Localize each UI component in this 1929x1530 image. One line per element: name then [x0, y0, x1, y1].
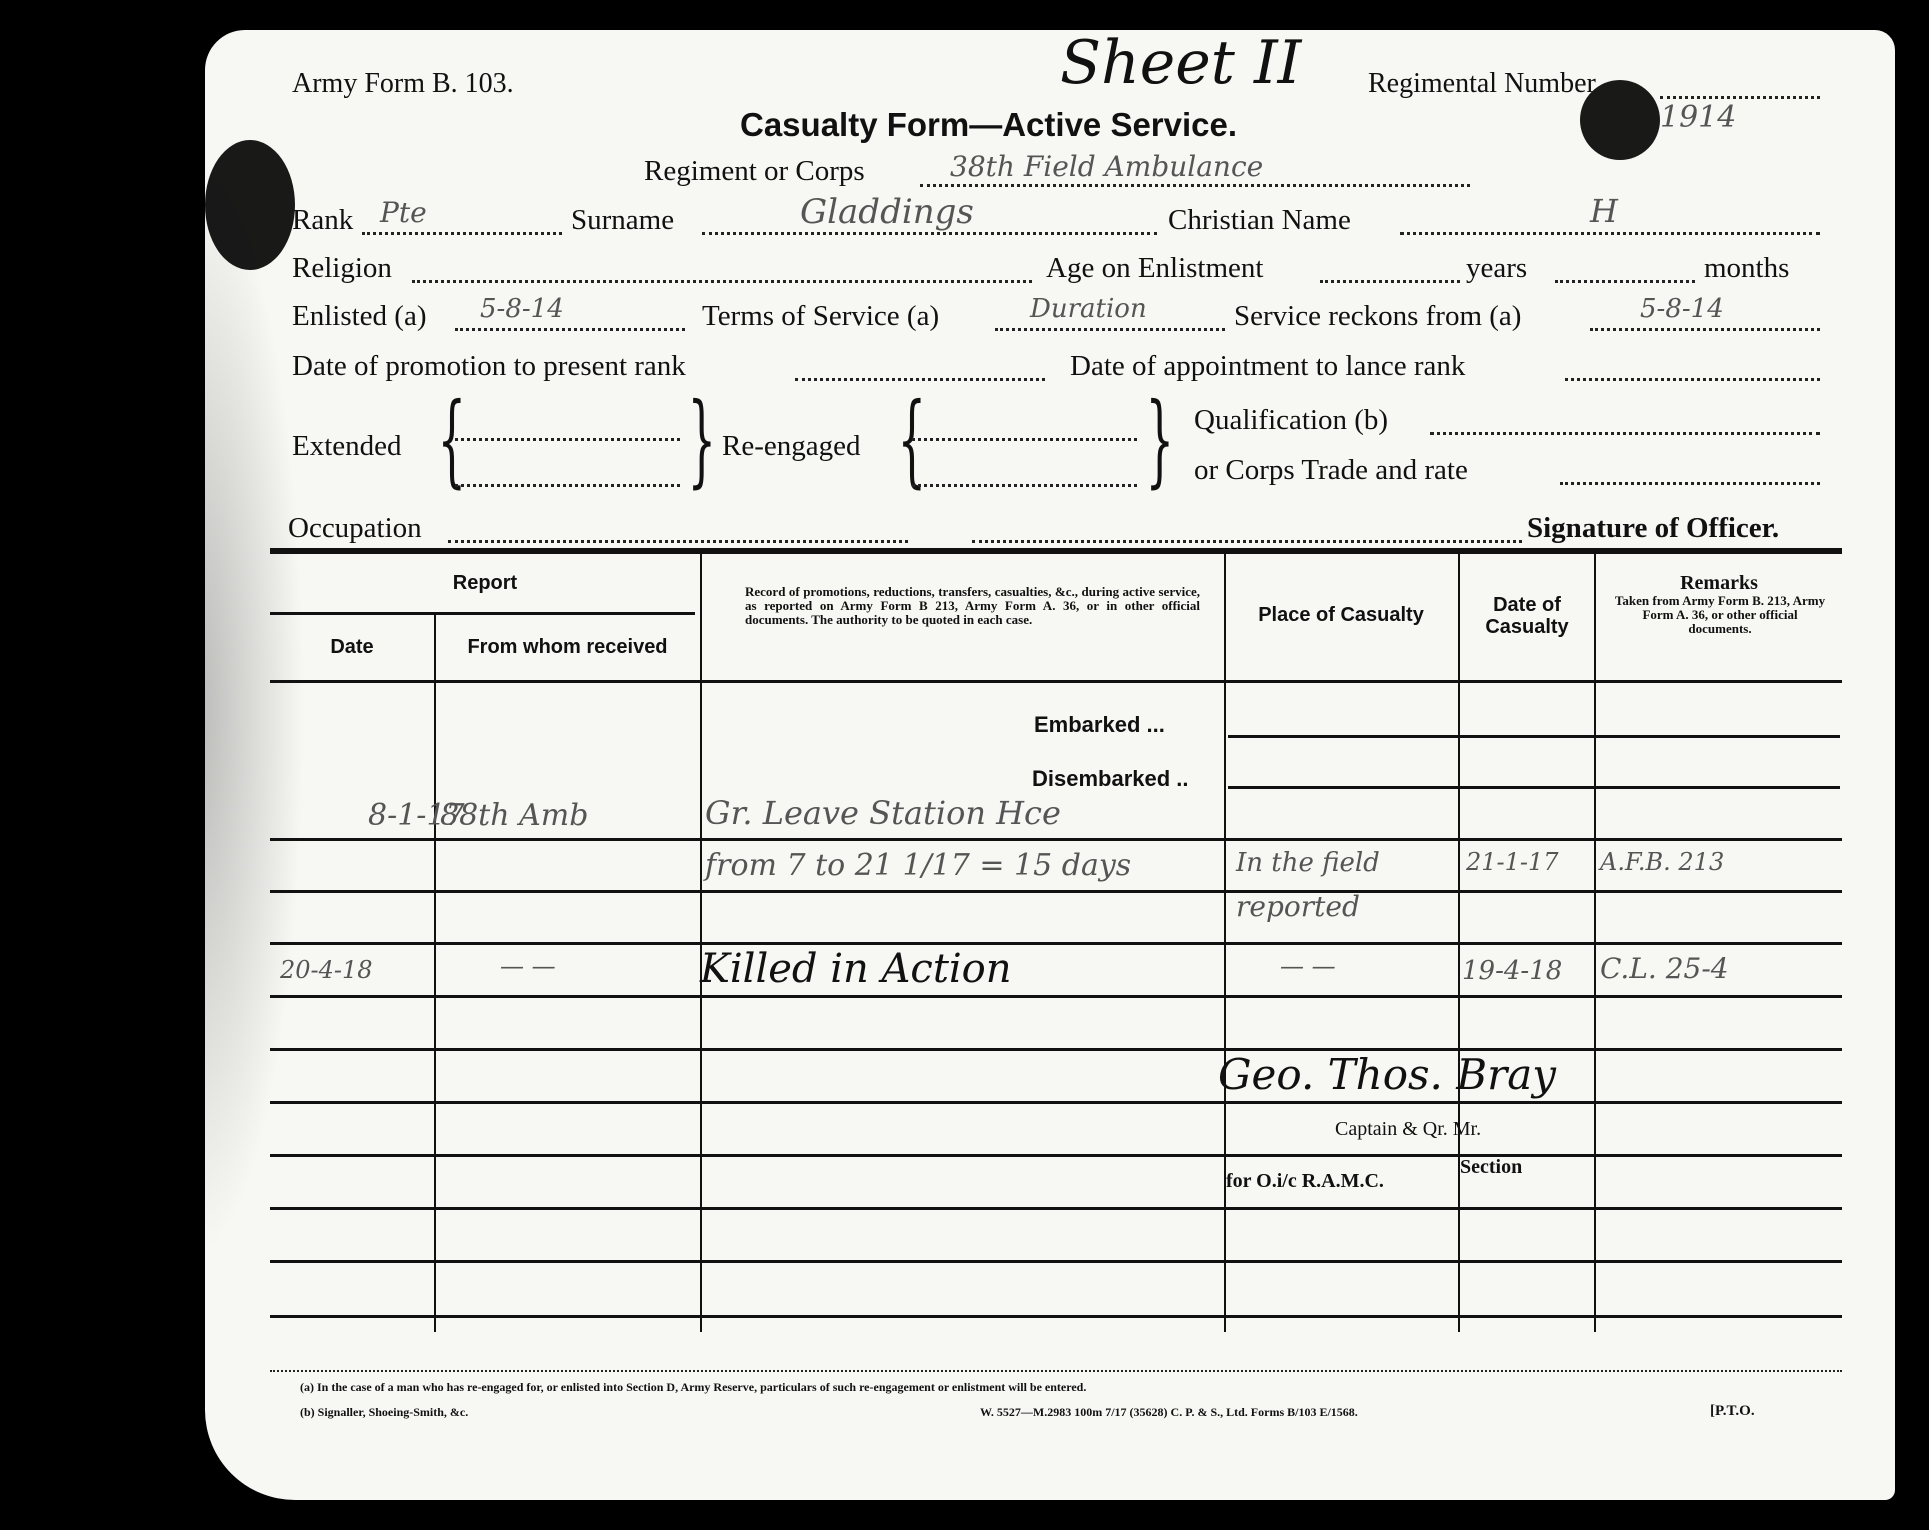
header-date-of-casualty-2: Casualty — [1462, 616, 1592, 639]
form-paper — [205, 30, 1895, 1500]
row1-from: 88th Amb — [440, 798, 588, 833]
disembarked-label: Disembarked .. — [1032, 766, 1189, 792]
row-rule — [270, 1048, 1842, 1051]
row-rule — [270, 890, 1842, 893]
brace-close: } — [687, 400, 716, 480]
signature-field[interactable] — [972, 540, 1522, 543]
row2-date-casualty: 21-1-17 — [1466, 848, 1559, 876]
qualification-field[interactable] — [1430, 432, 1820, 435]
form-title: Casualty Form—Active Service. — [740, 106, 1237, 144]
row4-from: — — — [500, 952, 556, 980]
rank-value: Pte — [380, 196, 427, 229]
occupation-field[interactable] — [448, 540, 908, 543]
extended-field-1[interactable] — [455, 438, 680, 441]
row-rule — [270, 1154, 1842, 1157]
christian-name-label: Christian Name — [1168, 204, 1351, 237]
row-rule — [270, 1315, 1842, 1318]
age-label: Age on Enlistment — [1046, 252, 1263, 285]
christian-name-field[interactable] — [1400, 232, 1820, 235]
reckons-label: Service reckons from (a) — [1234, 300, 1521, 333]
lance-label: Date of appointment to lance rank — [1070, 350, 1465, 383]
sheet-annotation: Sheet II — [1060, 28, 1301, 98]
column-divider — [434, 612, 436, 1332]
footnote-b: (b) Signaller, Shoeing-Smith, &c. — [300, 1405, 468, 1420]
terms-field[interactable] — [995, 328, 1225, 331]
reckons-field[interactable] — [1590, 328, 1820, 331]
occupation-label: Occupation — [288, 512, 422, 545]
report-subheader-rule — [270, 612, 695, 615]
row3-place: reported — [1236, 890, 1360, 923]
signature-title: Captain & Qr. Mr. — [1335, 1118, 1481, 1141]
header-remarks-sub: Taken from Army Form B. 213, Army Form A… — [1610, 594, 1830, 636]
reengaged-field-2[interactable] — [912, 484, 1137, 487]
header-date: Date — [270, 636, 434, 659]
form-number: Army Form B. 103. — [292, 68, 514, 100]
row-rule — [270, 838, 1842, 841]
extended-field-2[interactable] — [455, 484, 680, 487]
years-label: years — [1466, 252, 1527, 285]
regiment-value: 38th Field Ambulance — [950, 150, 1263, 183]
age-years-field[interactable] — [1320, 280, 1460, 283]
signature-section: Section — [1460, 1156, 1522, 1179]
reckons-value: 5-8-14 — [1640, 294, 1724, 324]
embarked-label: Embarked ... — [1034, 712, 1165, 738]
regimental-number-field[interactable] — [1660, 96, 1820, 99]
lance-field[interactable] — [1565, 378, 1820, 381]
enlisted-value: 5-8-14 — [480, 294, 564, 324]
year-annotation: 1914 — [1660, 100, 1736, 135]
trade-field[interactable] — [1560, 482, 1820, 485]
row-rule — [270, 1207, 1842, 1210]
promotion-label: Date of promotion to present rank — [292, 350, 686, 383]
religion-label: Religion — [292, 252, 392, 285]
row-rule — [1228, 735, 1840, 738]
row-rule — [1228, 786, 1840, 789]
row1-record: Gr. Leave Station Hce — [705, 794, 1061, 832]
row-rule — [270, 995, 1842, 998]
row4-record: Killed in Action — [700, 946, 1012, 992]
row2-place: In the field — [1236, 848, 1380, 878]
age-months-field[interactable] — [1555, 280, 1695, 283]
reengaged-label: Re-engaged — [722, 430, 861, 463]
terms-label: Terms of Service (a) — [702, 300, 939, 333]
row2-remarks: A.F.B. 213 — [1600, 848, 1724, 876]
religion-field[interactable] — [412, 280, 1032, 283]
header-from-whom: From whom received — [440, 636, 695, 659]
table-bottom-rule — [270, 1370, 1842, 1372]
header-report: Report — [270, 572, 700, 595]
rank-field[interactable] — [362, 232, 562, 235]
qualification-label: Qualification (b) — [1194, 404, 1388, 437]
signature-for: for O.i/c R.A.M.C. — [1226, 1170, 1384, 1193]
surname-value: Gladdings — [800, 192, 974, 232]
row4-remarks: C.L. 25-4 — [1600, 952, 1729, 985]
printer-imprint: W. 5527—M.2983 100m 7/17 (35628) C. P. &… — [980, 1405, 1358, 1420]
extended-label: Extended — [292, 430, 402, 463]
row2-record: from 7 to 21 1/17 = 15 days — [705, 848, 1131, 883]
table-top-rule — [270, 548, 1842, 554]
trade-label: or Corps Trade and rate — [1194, 454, 1468, 487]
months-label: months — [1704, 252, 1789, 285]
ink-stain — [205, 140, 295, 270]
signature-label: Signature of Officer. — [1527, 512, 1779, 545]
row4-place: — — — [1280, 952, 1336, 980]
header-remarks: Remarks — [1598, 572, 1840, 595]
pto-label: [P.T.O. — [1710, 1403, 1755, 1420]
enlisted-field[interactable] — [455, 328, 685, 331]
header-record: Record of promotions, reductions, transf… — [745, 585, 1200, 627]
brace-close: } — [1145, 400, 1174, 480]
footnote-a: (a) In the case of a man who has re-enga… — [300, 1380, 1086, 1395]
rank-label: Rank — [292, 204, 353, 237]
terms-value: Duration — [1030, 294, 1147, 324]
row4-date: 20-4-18 — [280, 956, 373, 984]
header-bottom-rule — [270, 680, 1842, 683]
row-rule — [270, 1260, 1842, 1263]
row4-date-casualty: 19-4-18 — [1462, 956, 1562, 986]
row-rule — [270, 1101, 1842, 1104]
reengaged-field-1[interactable] — [912, 438, 1137, 441]
enlisted-label: Enlisted (a) — [292, 300, 426, 333]
regiment-field[interactable] — [920, 184, 1470, 187]
officer-signature: Geo. Thos. Bray — [1218, 1050, 1556, 1099]
christian-name-value: H — [1590, 192, 1618, 230]
header-date-of-casualty-1: Date of — [1462, 594, 1592, 617]
regiment-label: Regiment or Corps — [644, 155, 865, 188]
surname-label: Surname — [571, 204, 674, 237]
row-rule — [270, 942, 1842, 945]
regimental-number-label: Regimental Number — [1368, 68, 1596, 100]
header-place: Place of Casualty — [1228, 604, 1454, 627]
surname-field[interactable] — [702, 232, 1157, 235]
